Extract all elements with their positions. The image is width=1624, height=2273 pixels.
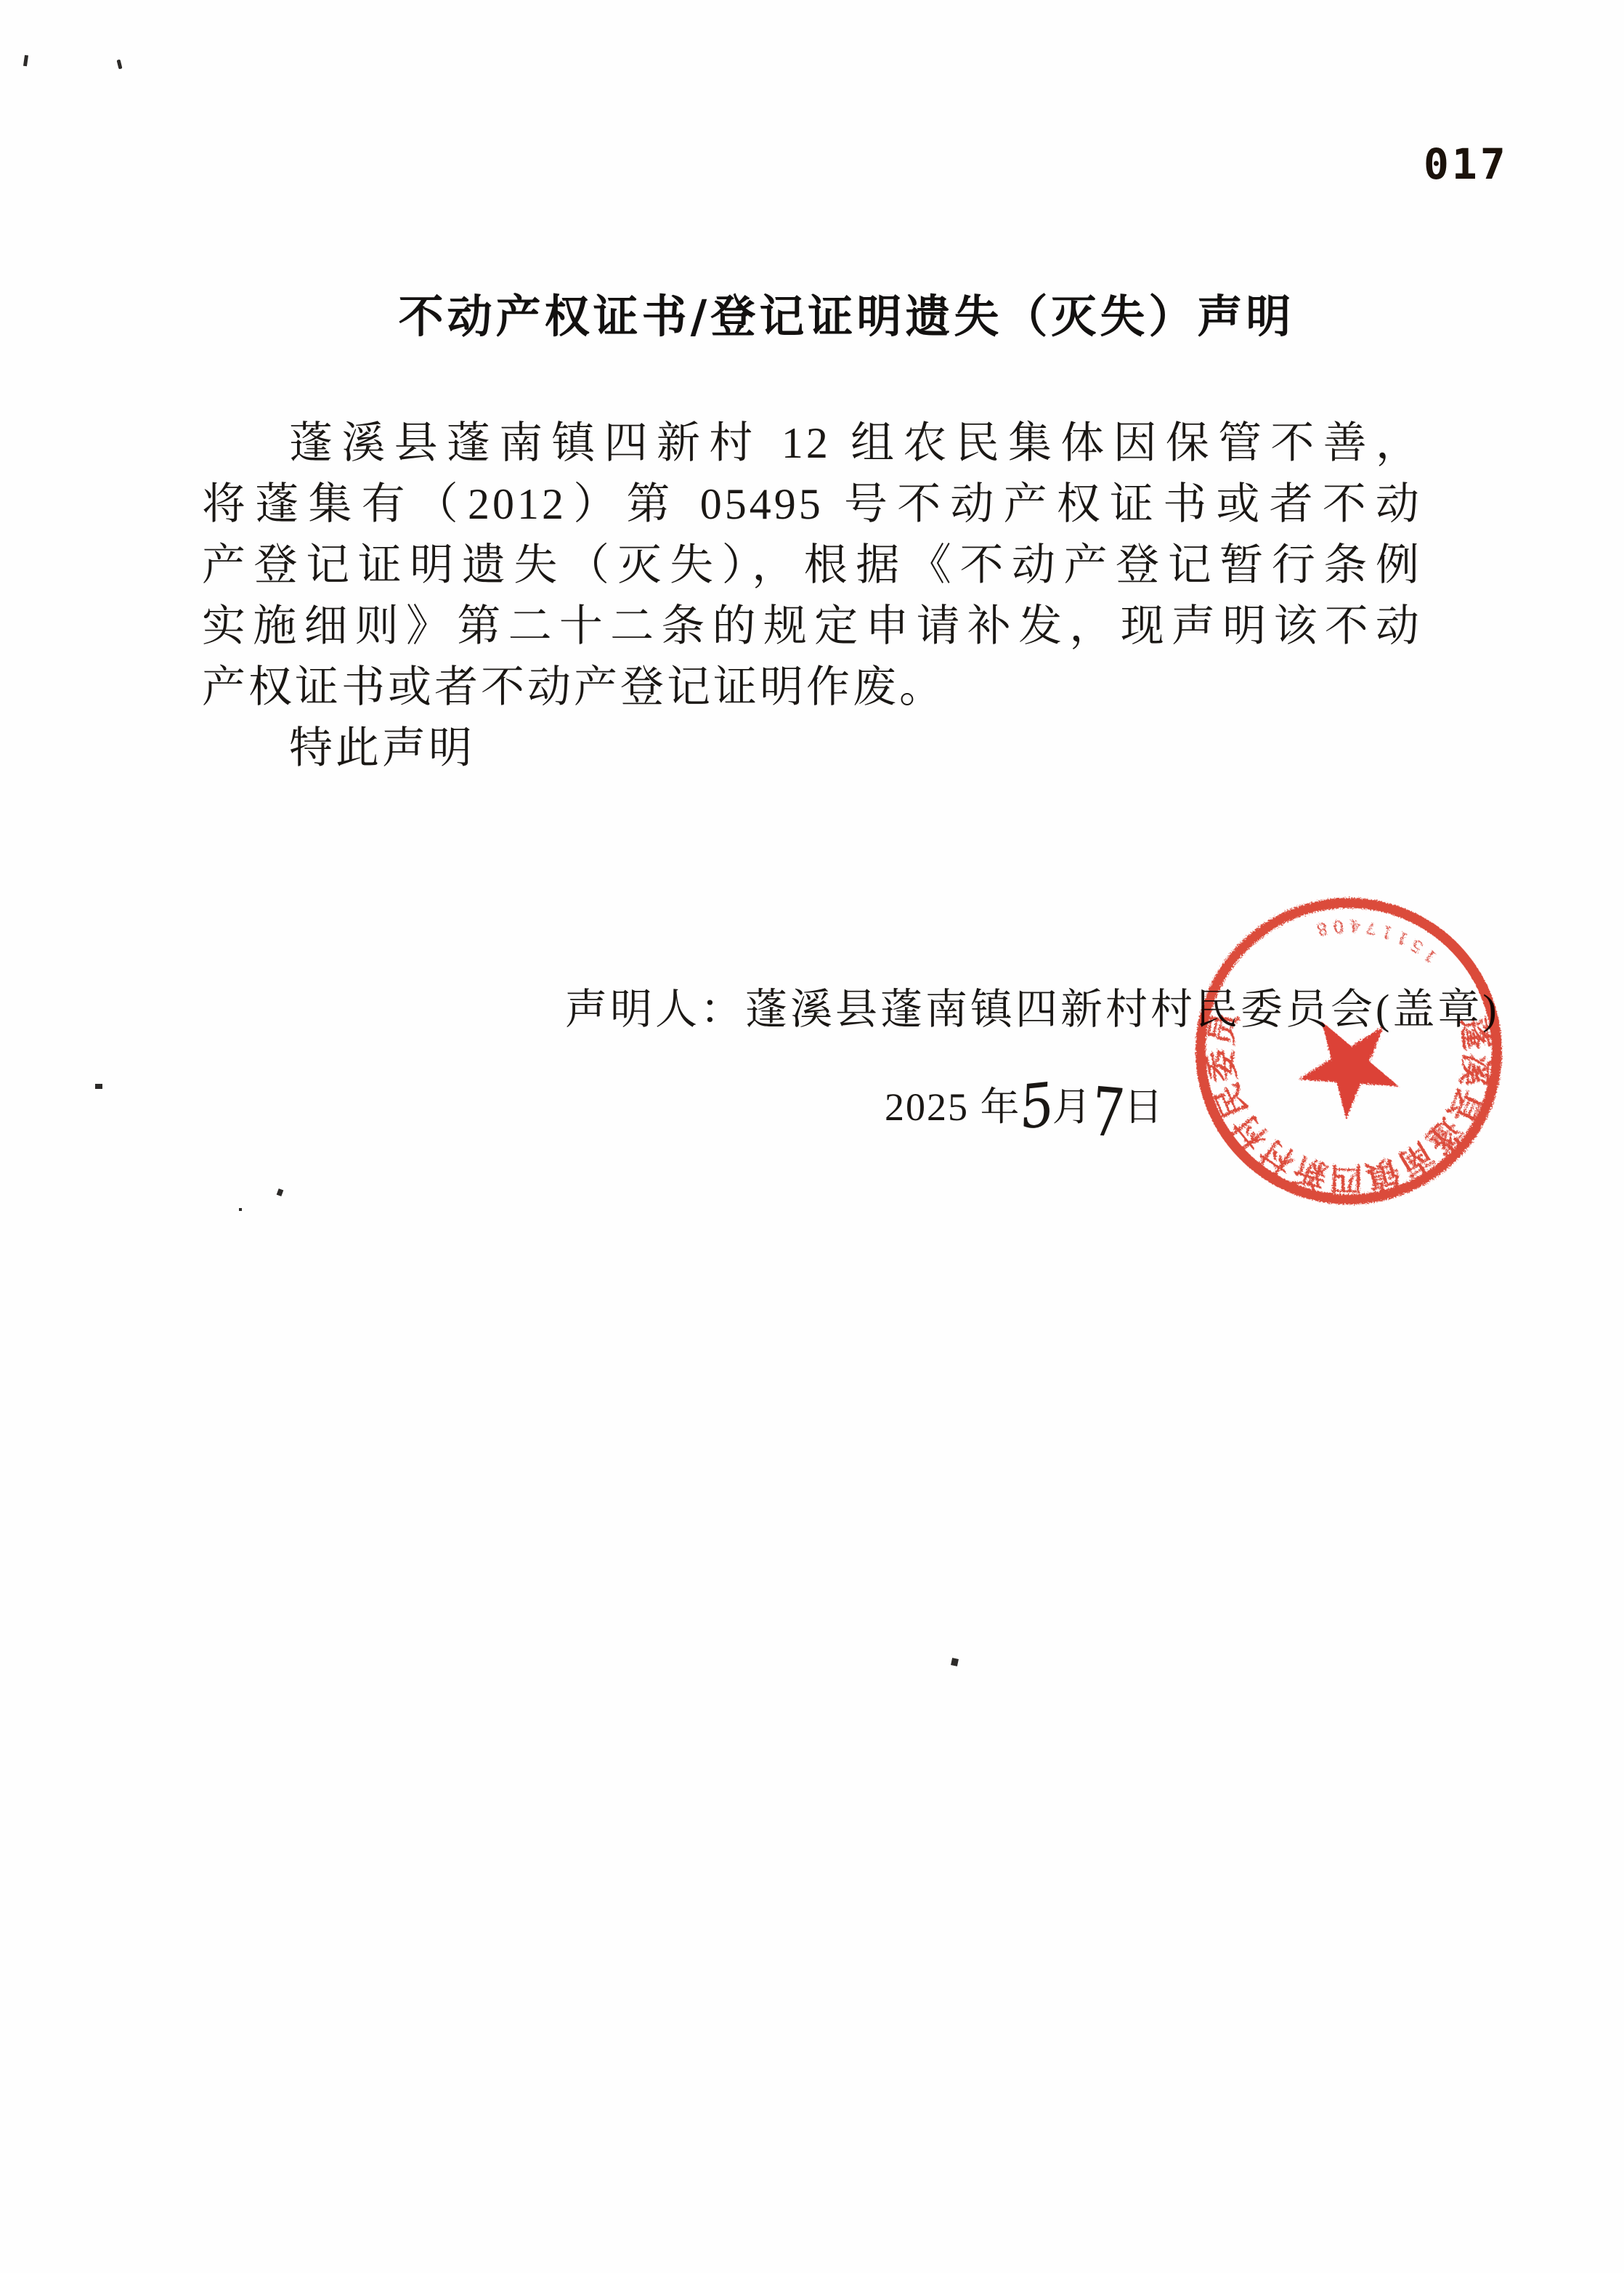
page-number: 017 [1424, 139, 1509, 189]
scan-speck [951, 1658, 959, 1666]
handwritten-day-digit: 7 [1088, 1072, 1129, 1154]
date-line: 2025 年5月7日 [885, 1071, 1164, 1133]
official-seal: 蓬溪县蓬南镇四新村村民委员会 15117408 [1182, 884, 1516, 1218]
seal-ring-text: 蓬溪县蓬南镇四新村村民委员会 [1189, 995, 1516, 1218]
document-body: 蓬溪县蓬南镇四新村 12 组农民集体因保管不善， 将蓬集有（2012）第 054… [202, 413, 1422, 779]
body-line-6: 特此声明 [202, 718, 1422, 779]
body-line-1: 蓬溪县蓬南镇四新村 12 组农民集体因保管不善， [202, 413, 1422, 474]
day-label: 日 [1124, 1085, 1164, 1129]
body-line-3: 产登记证明遗失（灭失），根据《不动产登记暂行条例 [202, 535, 1422, 596]
body-line-2: 将蓬集有（2012）第 05495 号不动产权证书或者不动 [202, 474, 1422, 535]
body-line-5: 产权证书或者不动产登记证明作废。 [202, 657, 1422, 718]
document-page: 017 不动产权证书/登记证明遗失（灭失）声明 蓬溪县蓬南镇四新村 12 组农民… [0, 0, 1624, 2273]
declarant-label: 声明人： [565, 986, 745, 1033]
document-title: 不动产权证书/登记证明遗失（灭失）声明 [0, 280, 1624, 345]
scan-speck [277, 1188, 284, 1196]
date-year: 2025 年 [885, 1085, 1021, 1129]
scan-speck [239, 1208, 242, 1211]
scan-speck [95, 1084, 102, 1089]
handwritten-month-digit: 5 [1018, 1069, 1056, 1143]
month-label: 月 [1052, 1085, 1093, 1129]
scan-speck [23, 55, 28, 67]
seal-star [1296, 1020, 1403, 1122]
body-line-4: 实施细则》第二十二条的规定申请补发，现声明该不动 [202, 596, 1422, 657]
scan-speck [117, 60, 123, 70]
